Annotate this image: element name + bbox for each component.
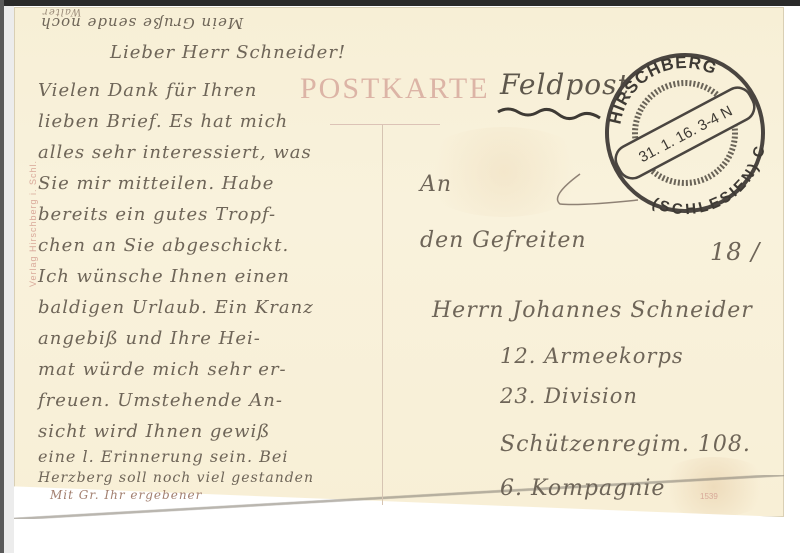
- address-rank: den Gefreiten: [420, 228, 587, 253]
- message-line: lieben Brief. Es hat mich: [38, 111, 288, 132]
- message-line: freuen. Umstehende An-: [38, 390, 283, 411]
- wavy-underline: [496, 104, 606, 126]
- header-underline: [330, 124, 440, 125]
- message-line: eine l. Erinnerung sein. Bei: [38, 447, 288, 466]
- scan-top-border: [0, 0, 800, 6]
- message-line: angebiß und Ihre Hei-: [38, 328, 261, 349]
- salutation: Lieber Herr Schneider!: [110, 42, 346, 63]
- message-line: alles sehr interessiert, was: [38, 142, 312, 163]
- address-line: 23. Division: [500, 384, 638, 408]
- address-line: 6. Kompagnie: [500, 476, 665, 501]
- upside-down-signature: Walter: [42, 6, 81, 17]
- message-line: Sie mir mitteilen. Habe: [38, 173, 274, 194]
- address-annotation: 18 /: [710, 238, 760, 266]
- pen-stroke: [550, 170, 640, 210]
- address-line: 12. Armeekorps: [500, 344, 684, 368]
- printer-imprint: Verlag Hirschberg i. Schl.: [28, 160, 38, 287]
- message-line: mat würde mich sehr er-: [38, 359, 287, 380]
- message-line: baldigen Urlaub. Ein Kranz: [38, 297, 314, 318]
- message-line: Herzberg soll noch viel gestanden: [38, 470, 314, 486]
- vertical-divider: [382, 125, 383, 505]
- message-line: chen an Sie abgeschickt.: [38, 235, 289, 256]
- scan-left-margin: [4, 6, 14, 553]
- message-closing: Mit Gr. Ihr ergebener: [50, 488, 202, 502]
- message-line: Ich wünsche Ihnen einen: [38, 266, 290, 287]
- address-name: Herrn Johannes Schneider: [432, 298, 753, 323]
- address-line: Schützenregim. 108.: [500, 432, 751, 457]
- message-line: sicht wird Ihnen gewiß: [38, 421, 270, 442]
- address-prefix: An: [420, 172, 452, 197]
- postkarte-header: POSTKARTE: [300, 72, 490, 106]
- message-line: bereits ein gutes Tropf-: [38, 204, 276, 225]
- message-line: Vielen Dank für Ihren: [38, 80, 257, 101]
- small-code: 1539: [700, 492, 718, 501]
